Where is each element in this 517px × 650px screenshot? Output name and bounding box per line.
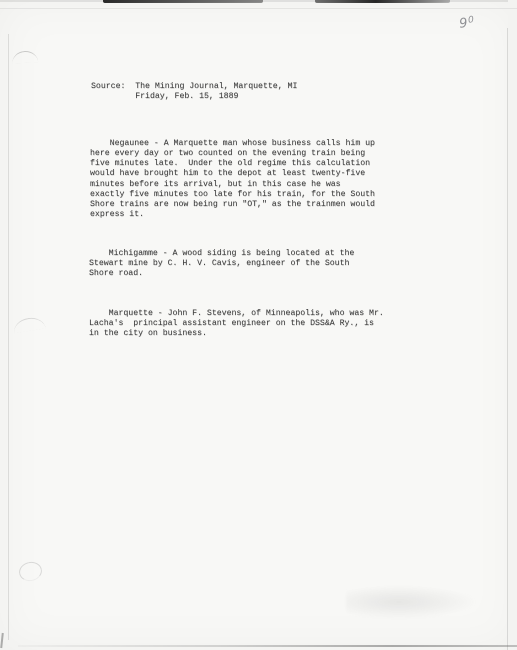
paper-left-edge bbox=[8, 34, 9, 640]
paragraph-negaunee: Negaunee - A Marquette man whose busines… bbox=[90, 139, 375, 220]
page-curl-mark bbox=[12, 316, 46, 334]
paper-bottom-edge bbox=[18, 645, 517, 647]
page-curl-mark bbox=[12, 50, 39, 63]
bottom-left-corner-mark bbox=[0, 633, 4, 648]
source-citation: Source: The Mining Journal, Marquette, M… bbox=[91, 82, 297, 102]
scanner-edge-artifact-right bbox=[315, 0, 450, 3]
handwritten-digit: 0 bbox=[468, 15, 475, 26]
handwritten-page-number: 90 bbox=[458, 11, 474, 31]
scanned-document-page: 90 Source: The Mining Journal, Marquette… bbox=[0, 0, 517, 650]
pencil-loop-mark bbox=[17, 560, 43, 583]
paper-right-margin bbox=[508, 0, 517, 650]
paper-smudge bbox=[346, 585, 478, 619]
paragraph-marquette: Marquette - John F. Stevens, of Minneapo… bbox=[89, 309, 384, 339]
paper-top-edge bbox=[0, 8, 517, 9]
scanner-edge-artifact-left bbox=[103, 0, 263, 3]
paragraph-michigamme: Michigamme - A wood siding is being loca… bbox=[89, 249, 354, 279]
paper-right-edge bbox=[507, 28, 508, 650]
